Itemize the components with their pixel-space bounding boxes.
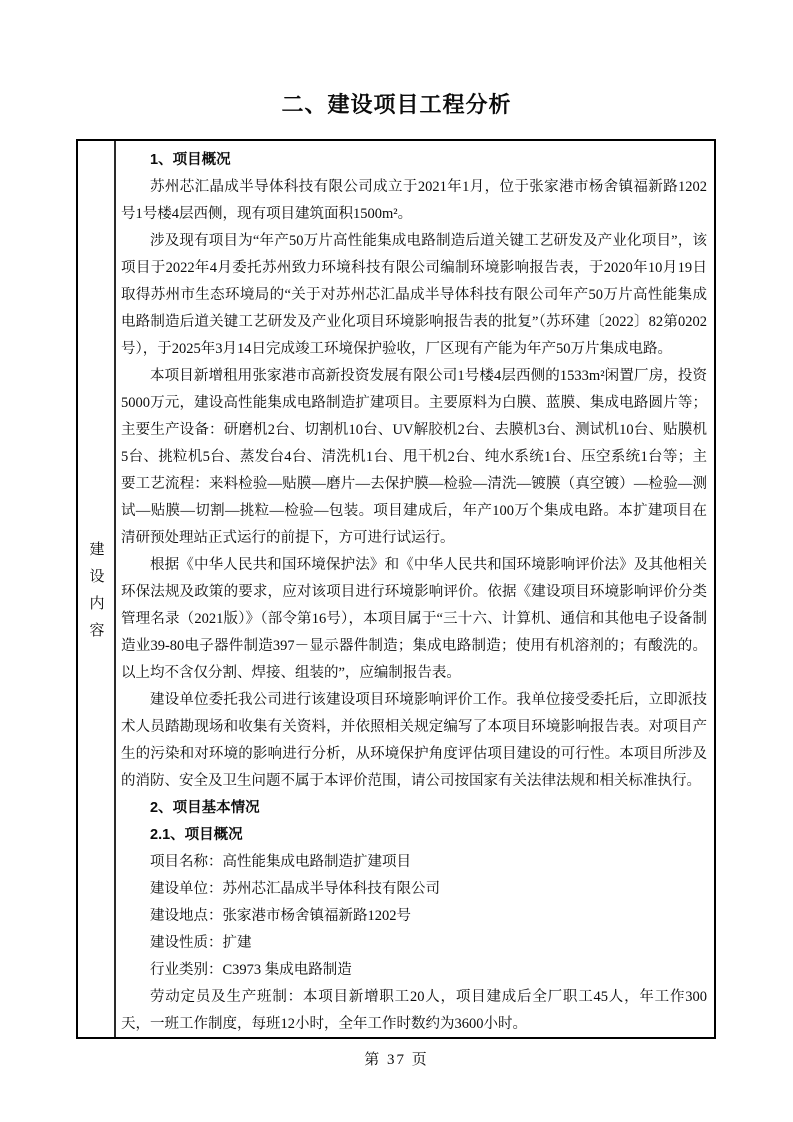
paragraph-labor-shift: 劳动定员及生产班制：本项目新增职工20人，项目建成后全厂职工45人，年工作300… bbox=[121, 984, 707, 1037]
paragraph-company-intro: 苏州芯汇晶成半导体科技有限公司成立于2021年1月，位于张家港市杨舍镇福新路12… bbox=[121, 174, 707, 228]
section-2-heading: 2、项目基本情况 bbox=[121, 795, 707, 822]
field-construction-unit: 建设单位：苏州芯汇晶成半导体科技有限公司 bbox=[121, 876, 707, 903]
field-industry-category: 行业类别：C3973 集成电路制造 bbox=[121, 957, 707, 984]
section-1-heading: 1、项目概况 bbox=[121, 147, 707, 174]
row-header-cell: 建设内容 bbox=[78, 141, 116, 1037]
document-page: { "page": { "title": "二、建设项目工程分析", "foot… bbox=[0, 0, 793, 1122]
field-construction-site: 建设地点：张家港市杨舍镇福新路1202号 bbox=[121, 903, 707, 930]
row-header-label: 建设内容 bbox=[86, 541, 107, 649]
paragraph-commission: 建设单位委托我公司进行该建设项目环境影响评价工作。我单位接受委托后，立即派技术人… bbox=[121, 687, 707, 795]
page-number: 第 37 页 bbox=[0, 1048, 793, 1069]
paragraph-new-project: 本项目新增租用张家港市高新投资发展有限公司1号楼4层西侧的1533m²闲置厂房，… bbox=[121, 363, 707, 552]
paragraph-legal-basis: 根据《中华人民共和国环境保护法》和《中华人民共和国环境影响评价法》及其他相关环保… bbox=[121, 552, 707, 687]
table-content-cell: 1、项目概况 苏州芯汇晶成半导体科技有限公司成立于2021年1月，位于张家港市杨… bbox=[116, 141, 714, 1037]
page-title: 二、建设项目工程分析 bbox=[0, 88, 793, 119]
section-2-1-heading: 2.1、项目概况 bbox=[121, 822, 707, 849]
field-construction-nature: 建设性质：扩建 bbox=[121, 930, 707, 957]
field-project-name: 项目名称：高性能集成电路制造扩建项目 bbox=[121, 849, 707, 876]
paragraph-existing-project: 涉及现有项目为“年产50万片高性能集成电路制造后道关键工艺研发及产业化项目”，该… bbox=[121, 228, 707, 363]
construction-content-table: 建设内容 1、项目概况 苏州芯汇晶成半导体科技有限公司成立于2021年1月，位于… bbox=[76, 139, 716, 1039]
